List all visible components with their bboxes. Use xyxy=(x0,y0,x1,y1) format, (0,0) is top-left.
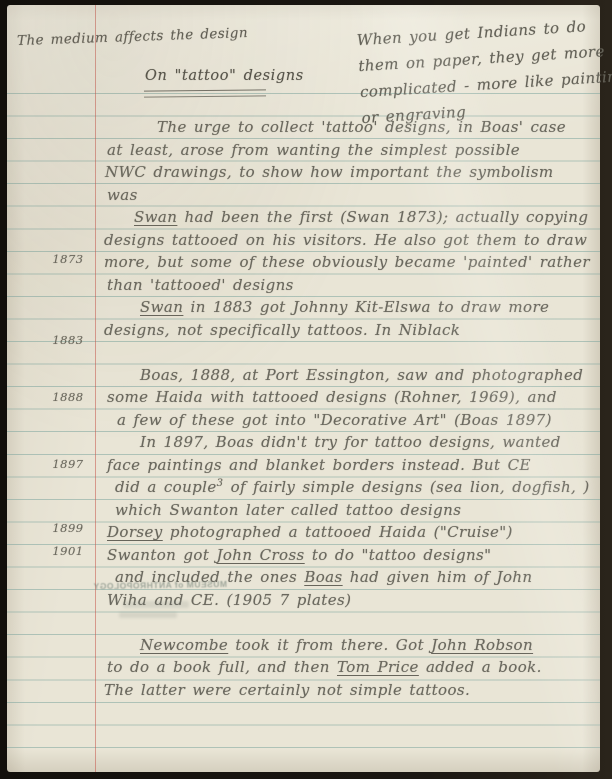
body-line: some Haida with tattooed designs (Rohner… xyxy=(107,386,557,408)
body-line: than 'tattooed' designs xyxy=(107,274,294,296)
margin-year-1899: 1899 xyxy=(45,521,91,535)
body-line: face paintings and blanket borders inste… xyxy=(107,454,531,476)
title-double-underline xyxy=(144,89,266,97)
body-line: The latter were certainly not simple tat… xyxy=(104,679,470,701)
margin-year-1873: 1873 xyxy=(45,252,91,266)
body-line: did a couple3 of fairly simple designs (… xyxy=(115,476,590,498)
margin-year-1883: 1883 xyxy=(45,333,91,347)
body-line: Boas, 1888, at Port Essington, saw and p… xyxy=(140,364,583,386)
body-line: which Swanton later called tattoo design… xyxy=(115,499,461,521)
margin-year-1901: 1901 xyxy=(45,544,91,558)
page-title: On "tattoo" designs xyxy=(145,68,304,84)
body-line: Dorsey photographed a tattooed Haida ("C… xyxy=(107,521,513,543)
annotation-indians-on-paper: When you get Indians to do them on paper… xyxy=(356,11,612,131)
body-line: Newcombe took it from there. Got John Ro… xyxy=(140,634,533,656)
margin-year-1897: 1897 xyxy=(45,457,91,471)
body-line: NWC drawings, to show how important the … xyxy=(105,161,554,183)
body-line: a few of these got into "Decorative Art"… xyxy=(117,409,552,431)
body-line: more, but some of these obviously became… xyxy=(104,251,590,273)
stamp-smudge xyxy=(119,612,177,618)
stamp-smudge xyxy=(123,601,189,608)
scanned-notebook-page: The medium affects the design On "tattoo… xyxy=(0,0,612,779)
body-line: designs, not specifically tattoos. In Ni… xyxy=(104,319,460,341)
body-line: The urge to collect 'tattoo' designs, in… xyxy=(157,116,566,138)
body-line: designs tattooed on his visitors. He als… xyxy=(104,229,587,251)
body-line: In 1897, Boas didn't try for tattoo desi… xyxy=(140,431,561,453)
annotation-medium-affects-design: The medium affects the design xyxy=(17,25,248,49)
red-margin-line xyxy=(95,5,96,772)
body-line: at least, arose from wanting the simples… xyxy=(107,139,520,161)
body-line: to do a book full, and then Tom Price ad… xyxy=(107,656,542,678)
margin-year-1888: 1888 xyxy=(45,390,91,404)
body-line: Swanton got John Cross to do "tattoo des… xyxy=(107,544,491,566)
body-line: Swan had been the first (Swan 1873); act… xyxy=(134,206,588,228)
notebook-paper: The medium affects the design On "tattoo… xyxy=(7,5,600,772)
body-line: Swan in 1883 got Johnny Kit-Elswa to dra… xyxy=(140,296,549,318)
body-line: was xyxy=(107,184,138,206)
